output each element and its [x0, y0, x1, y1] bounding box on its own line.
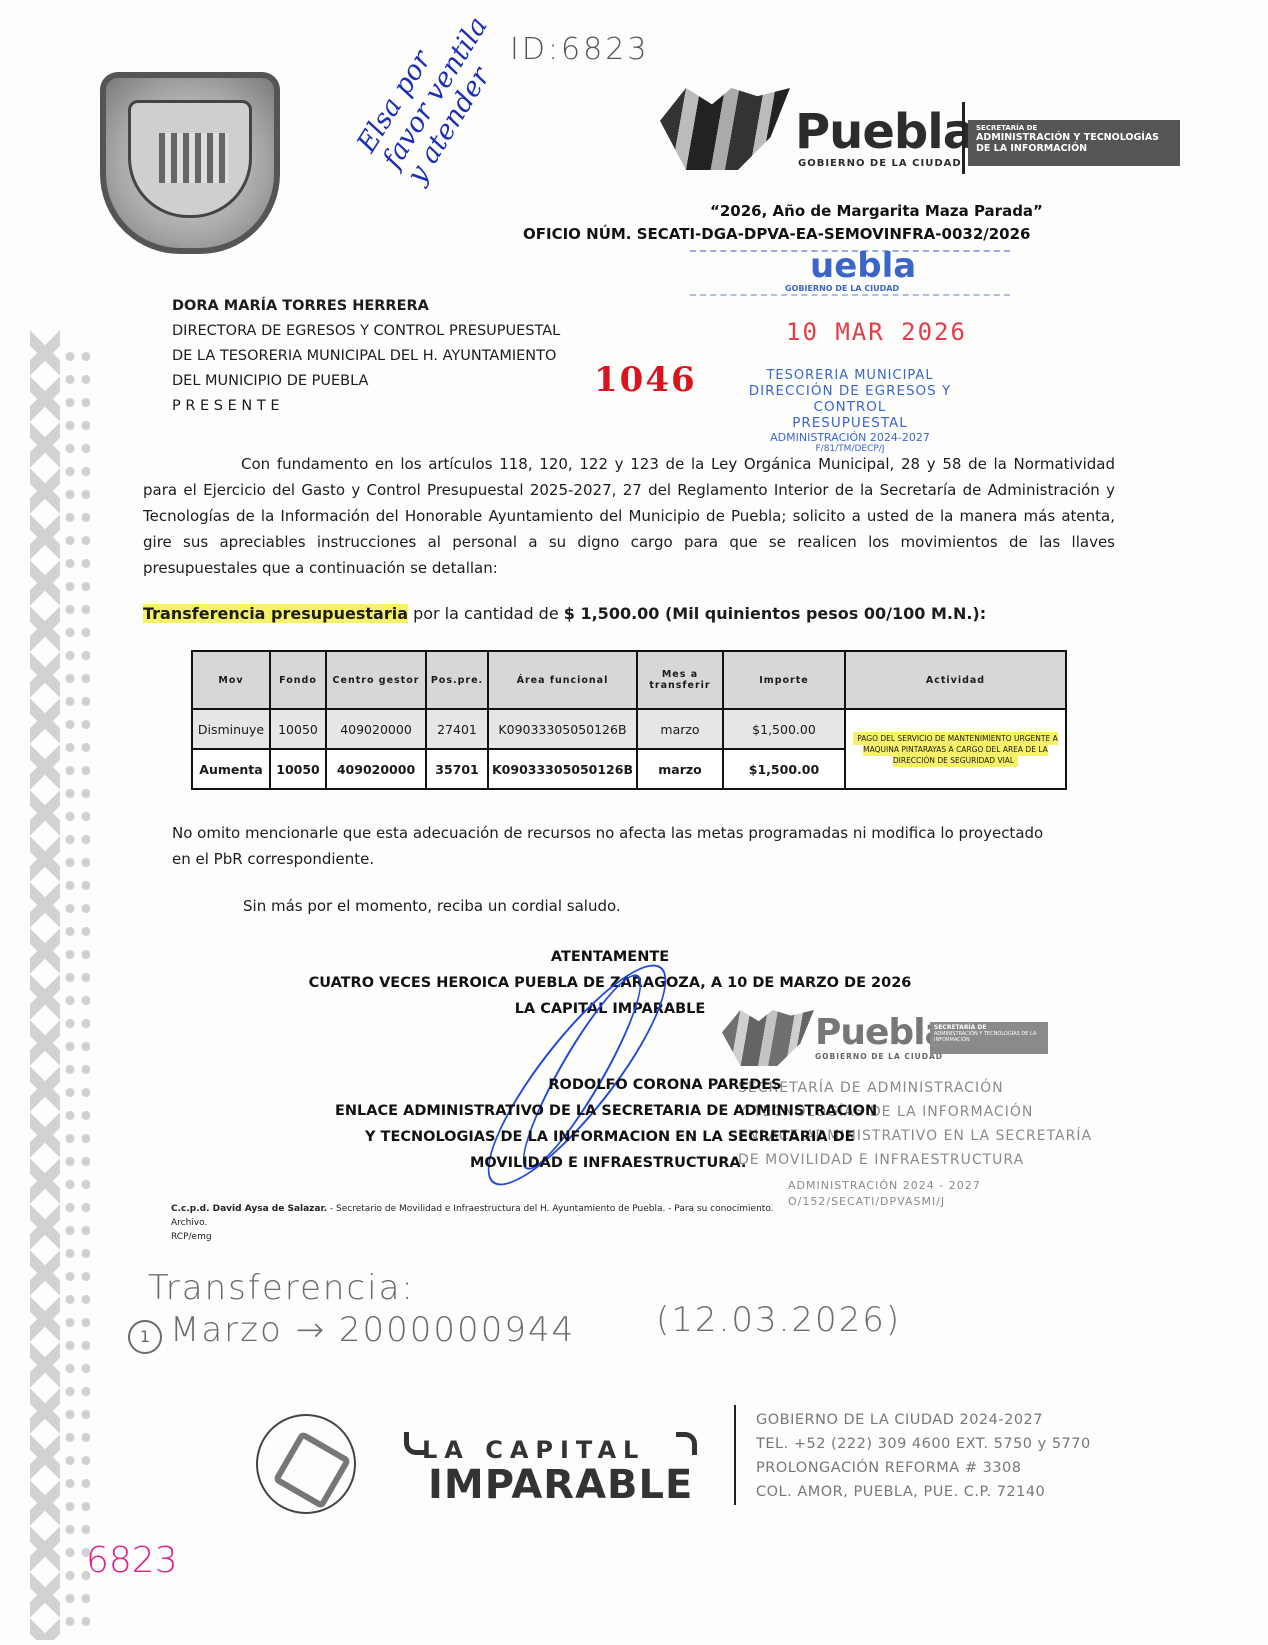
handwritten-transfer-number: Marzo → 2000000944: [170, 1310, 575, 1350]
handwritten-transfer-date: (12.03.2026): [656, 1300, 901, 1340]
footer-contact-info: GOBIERNO DE LA CIUDAD 2024-2027 TEL. +52…: [756, 1408, 1091, 1504]
seal-castle-icon: [159, 133, 229, 183]
handwritten-id: ID:6823: [510, 32, 649, 67]
closing-greeting: Sin más por el momento, reciba un cordia…: [243, 893, 621, 919]
stamp-secretaria-badge: SECRETARÍA DE ADMINISTRACIÓN Y TECNOLOGÍ…: [930, 1022, 1048, 1054]
addressee-name: DORA MARÍA TORRES HERRERA: [172, 294, 560, 319]
budget-transfer-table: Mov Fondo Centro gestor Pos.pre. Área fu…: [191, 650, 1067, 790]
transfer-line: Transferencia presupuestaria por la cant…: [143, 601, 1115, 627]
wing-right-icon: [676, 1432, 697, 1455]
oficio-number: OFICIO NÚM. SECATI-DGA-DPVA-EA-SEMOVINFR…: [523, 225, 1031, 243]
reception-stamp-sub: GOBIERNO DE LA CIUDAD: [785, 284, 899, 293]
table-header-row: Mov Fondo Centro gestor Pos.pre. Área fu…: [192, 651, 1066, 709]
norma-igualdad-logo: [256, 1414, 356, 1514]
addressee-block: DORA MARÍA TORRES HERRERA DIRECTORA DE E…: [172, 294, 560, 419]
stamp-logo-word: Puebla: [815, 1012, 948, 1053]
handwritten-transfer-label: Transferencia:: [148, 1268, 415, 1308]
reception-date: 10 MAR 2026: [786, 318, 967, 346]
footer-divider: [734, 1405, 736, 1505]
decorative-border-pattern: [62, 345, 90, 1635]
signer-block: RODOLFO CORONA PAREDES ENLACE ADMINISTRA…: [300, 1072, 920, 1176]
handwritten-note: Elsa por favor ventila y atender: [352, 0, 519, 189]
transfer-amount: $ 1,500.00 (Mil quinientos pesos 00/100 …: [564, 604, 986, 623]
table-row: Disminuye 10050 409020000 27401 K0903330…: [192, 709, 1066, 749]
stamp-logo-art-icon: [722, 1010, 814, 1066]
body-paragraph: Con fundamento en los artículos 118, 120…: [143, 451, 1115, 581]
circled-number: 1: [128, 1320, 162, 1354]
norma-hexagon-icon: [272, 1430, 351, 1509]
reception-stamp-text: TESORERIA MUNICIPAL DIRECCIÓN DE EGRESOS…: [715, 368, 985, 454]
handwritten-pink-id: 6823: [86, 1540, 178, 1581]
capital-logo-top: LA CAPITAL: [422, 1436, 645, 1464]
seal-inner: [128, 100, 252, 218]
closing-paragraph: No omito mencionarle que esta adecuación…: [172, 820, 1052, 872]
logo-divider: [962, 102, 965, 174]
puebla-logo-word: Puebla: [795, 104, 974, 160]
year-motto: “2026, Año de Margarita Maza Parada”: [710, 202, 1043, 220]
sign-stamp-admin: ADMINISTRACIÓN 2024 - 2027 O/152/SECATI/…: [788, 1178, 981, 1210]
folio-number: 1046: [594, 360, 697, 400]
activity-cell: PAGO DEL SERVICIO DE MANTENIMIENTO URGEN…: [845, 709, 1066, 789]
ccp-block: C.c.p.d. David Aysa de Salazar. - Secret…: [171, 1202, 774, 1244]
puebla-logo-sub: GOBIERNO DE LA CIUDAD: [798, 158, 962, 169]
stamp-logo-sub: GOBIERNO DE LA CIUDAD: [815, 1052, 943, 1061]
puebla-logo-art-icon: [660, 88, 790, 170]
transfer-label: Transferencia presupuestaria: [143, 604, 408, 623]
presente-label: P R E S E N T E: [172, 394, 560, 419]
capital-logo-bottom: IMPARABLE: [428, 1462, 693, 1508]
wing-left-icon: [404, 1432, 425, 1455]
city-seal-logo: [100, 72, 280, 254]
secretaria-badge: SECRETARÍA DE ADMINISTRACIÓN Y TECNOLOGÍ…: [968, 120, 1180, 166]
signer-name: RODOLFO CORONA PAREDES: [300, 1072, 920, 1098]
reception-stamp-logo: uebla: [810, 246, 916, 286]
